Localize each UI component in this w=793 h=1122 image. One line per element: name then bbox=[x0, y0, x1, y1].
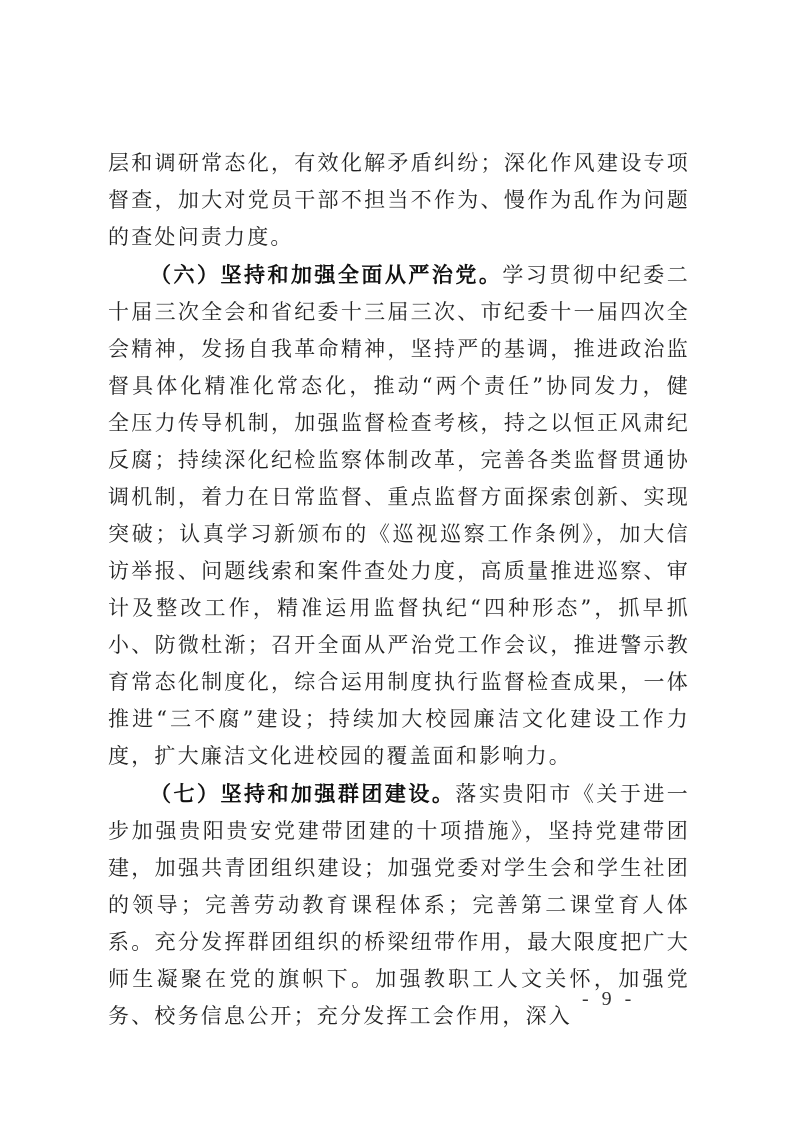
paragraph-text: 学习贯彻中纪委二十届三次全会和省纪委十三届三次、市纪委十一届四次全会精神，发扬自… bbox=[108, 263, 690, 768]
paragraph-text: 层和调研常态化，有效化解矛盾纠纷；深化作风建设专项督查，加大对党员干部不担当不作… bbox=[108, 151, 690, 249]
document-page: 层和调研常态化，有效化解矛盾纠纷；深化作风建设专项督查，加大对党员干部不担当不作… bbox=[0, 0, 793, 1122]
section-heading-7: （七）坚持和加强群团建设。 bbox=[150, 781, 455, 806]
document-body: 层和调研常态化，有效化解矛盾纠纷；深化作风建设专项督查，加大对党员干部不担当不作… bbox=[108, 145, 690, 1035]
section-heading-6: （六）坚持和加强全面从严治党。 bbox=[150, 262, 502, 287]
paragraph-section-6: （六）坚持和加强全面从严治党。学习贯彻中纪委二十届三次全会和省纪委十三届三次、市… bbox=[108, 256, 690, 775]
page-number: - 9 - bbox=[582, 988, 635, 1011]
paragraph-continuation: 层和调研常态化，有效化解矛盾纠纷；深化作风建设专项督查，加大对党员干部不担当不作… bbox=[108, 145, 690, 256]
